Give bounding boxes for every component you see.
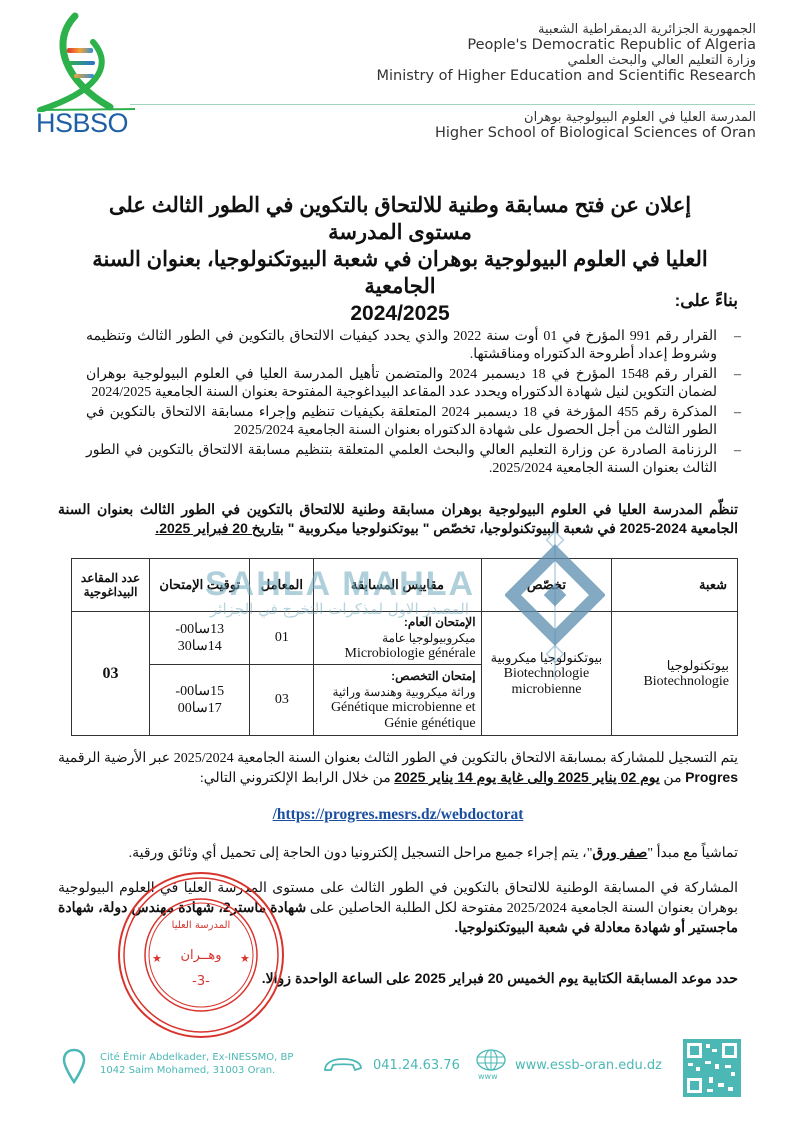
title-line-3: 2024/2025 bbox=[80, 300, 720, 327]
registration-link[interactable]: /https://progres.mesrs.dz/webdoctorat bbox=[0, 806, 796, 824]
registration-text: يتم التسجيل للمشاركة بمسابقة الالتحاق با… bbox=[58, 751, 738, 766]
school-logo: HSBSO bbox=[30, 12, 140, 140]
zero-paper-principle: صفر ورق bbox=[592, 844, 647, 860]
footer-phone: 041.24.63.76 bbox=[373, 1058, 460, 1073]
exam-subject-cell: إمتحان التخصص: وراثة ميكروبية وهندسة ورا… bbox=[314, 665, 481, 736]
zero-paper-text: تماشياً مع مبدأ " bbox=[647, 846, 738, 861]
republic-ar: الجمهورية الجزائرية الديمقراطية الشعبية bbox=[377, 22, 757, 37]
exam-label: إمتحان التخصص: bbox=[319, 668, 475, 684]
school-en: Higher School of Biological Sciences of … bbox=[435, 125, 756, 141]
announcement-title: إعلان عن فتح مسابقة وطنية للالتحاق بالتك… bbox=[80, 192, 720, 327]
school-name-block: المدرسة العليا في العلوم البيولوجية بوهر… bbox=[435, 110, 756, 141]
table-row: بيوتكنولوجيا Biotechnologie بيوتكنولوجيا… bbox=[72, 612, 738, 665]
reference-item: المذكرة رقم 455 المؤرخة في 18 ديسمبر 202… bbox=[86, 404, 741, 440]
zero-paper-paragraph: تماشياً مع مبدأ "صفر ورق"، يتم إجراء جمي… bbox=[58, 843, 738, 863]
title-line-1: إعلان عن فتح مسابقة وطنية للالتحاق بالتك… bbox=[80, 192, 720, 246]
address-line-1: Cité Émir Abdelkader, Ex-INESSMO, BP bbox=[100, 1051, 293, 1064]
header-divider bbox=[130, 104, 755, 105]
watermark-logo-icon bbox=[505, 520, 605, 680]
header-text-block: الجمهورية الجزائرية الديمقراطية الشعبية … bbox=[377, 22, 757, 84]
coefficient-cell: 03 bbox=[250, 665, 314, 736]
registration-text: من خلال الرابط الإلكتروني التالي: bbox=[200, 771, 394, 786]
ministry-ar: وزارة التعليم العالي والبحث العلمي bbox=[377, 53, 757, 68]
stamp-city: وهــران bbox=[116, 948, 286, 963]
address-line-2: 1042 Saim Mohamed, 31003 Oran. bbox=[100, 1064, 293, 1077]
dna-helix-icon bbox=[30, 12, 140, 112]
footer: Cité Émir Abdelkader, Ex-INESSMO, BP 104… bbox=[0, 1036, 796, 1096]
zero-paper-text: "، يتم إجراء جميع مراحل التسجيل إلكتروني… bbox=[129, 846, 593, 861]
title-line-2: العليا في العلوم البيولوجية بوهران في شع… bbox=[80, 246, 720, 300]
reference-item: القرار رقم 1548 المؤرخ في 18 ديسمبر 2024… bbox=[86, 366, 741, 402]
ministry-en: Ministry of Higher Education and Scienti… bbox=[377, 68, 757, 84]
reference-item: الرزنامة الصادرة عن وزارة التعليم العالي… bbox=[86, 442, 741, 478]
location-pin-icon bbox=[62, 1048, 86, 1084]
footer-address: Cité Émir Abdelkader, Ex-INESSMO, BP 104… bbox=[100, 1051, 293, 1077]
reference-item: القرار رقم 991 المؤرخ في 01 أوت سنة 2022… bbox=[86, 328, 741, 364]
col-branch: شعبة bbox=[612, 559, 738, 612]
registration-text: من bbox=[660, 771, 685, 786]
registration-period: يوم 02 يناير 2025 والى غاية يوم 14 يناير… bbox=[394, 769, 660, 785]
timing-cell: 15سا00- 17سا00 bbox=[150, 665, 250, 736]
subject-fr: Microbiologie générale bbox=[319, 646, 475, 662]
subject-ar: ميكروبيولوجيا عامة bbox=[319, 630, 475, 646]
col-seats: عدد المقاعد البيداغوجية bbox=[72, 559, 150, 612]
school-ar: المدرسة العليا في العلوم البيولوجية بوهر… bbox=[435, 110, 756, 125]
intro-paragraph: تنظّم المدرسة العليا في العلوم البيولوجي… bbox=[58, 500, 738, 538]
stamp-top-text: المدرسة العليا bbox=[116, 920, 286, 931]
watermark-text: SAHLA MAHLA bbox=[205, 565, 475, 604]
phone-icon bbox=[322, 1056, 364, 1074]
timing-cell: 13سا00- 14سا30 bbox=[150, 612, 250, 665]
branch-ar: بيوتكنولوجيا bbox=[617, 658, 729, 674]
subject-fr: Génétique microbienne et Génie génétique bbox=[319, 700, 475, 732]
references-list: القرار رقم 991 المؤرخ في 01 أوت سنة 2022… bbox=[86, 328, 741, 480]
seats-cell: 03 bbox=[72, 612, 150, 736]
branch-cell: بيوتكنولوجيا Biotechnologie bbox=[612, 612, 738, 736]
qr-code-icon bbox=[683, 1039, 741, 1097]
watermark-subtitle: المصدر الاول لمذكرات التخرج في الجزائر bbox=[210, 600, 469, 618]
republic-en: People's Democratic Republic of Algeria bbox=[377, 37, 757, 53]
exam-subject-cell: الإمتحان العام: ميكروبيولوجيا عامة Micro… bbox=[314, 612, 481, 665]
basis-heading: بناءً على: bbox=[675, 291, 738, 311]
contest-date: بتاريخ 20 فبراير 2025. bbox=[155, 520, 284, 536]
official-stamp: ★ ★ المدرسة العليا وهــران -3- bbox=[116, 870, 286, 1040]
registration-paragraph: يتم التسجيل للمشاركة بمسابقة الالتحاق با… bbox=[58, 750, 738, 788]
www-label: www bbox=[478, 1072, 498, 1081]
subject-ar: وراثة ميكروبية وهندسة وراثية bbox=[319, 684, 475, 700]
stamp-number: -3- bbox=[116, 974, 286, 989]
platform-name: Progres bbox=[685, 769, 738, 785]
footer-website[interactable]: www.essb-oran.edu.dz bbox=[515, 1058, 662, 1073]
coefficient-cell: 01 bbox=[250, 612, 314, 665]
branch-fr: Biotechnologie bbox=[617, 674, 729, 690]
logo-text: HSBSO bbox=[36, 108, 128, 139]
